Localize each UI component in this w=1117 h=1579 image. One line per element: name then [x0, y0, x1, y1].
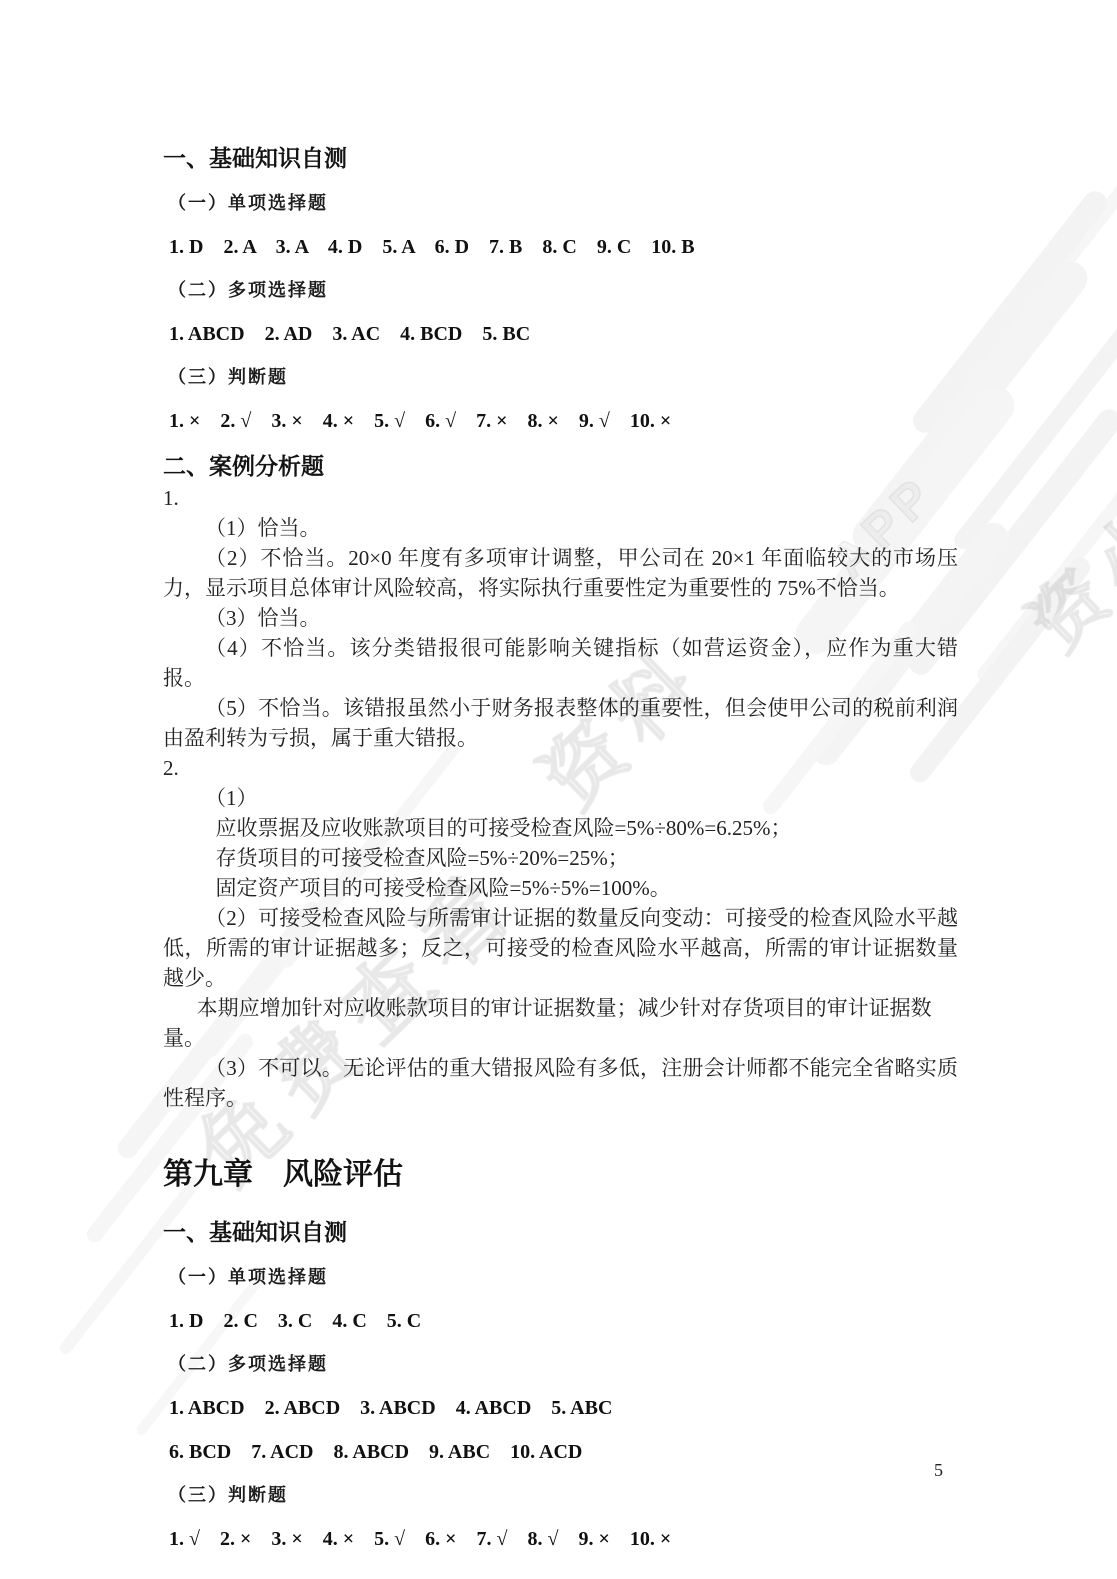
case2-item2: （2）可接受检查风险与所需审计证据的数量反向变动：可接受的检查风险水平越低，所需…	[163, 903, 958, 993]
case2-formula: 存货项目的可接受检查风险=5%÷20%=25%；	[163, 843, 958, 873]
answer-row-judgement: 1. × 2. √ 3. × 4. × 5. √ 6. √ 7. × 8. × …	[163, 407, 958, 435]
case2-item2-note: 本期应增加针对应收账款项目的审计证据数量；减少针对存货项目的审计证据数量。	[163, 993, 958, 1053]
section-heading-basic-selftest: 一、基础知识自测	[163, 143, 958, 173]
answer-row-multi-choice: 1. ABCD 2. AD 3. AC 4. BCD 5. BC	[163, 320, 958, 348]
answer-row-single-choice: 1. D 2. A 3. A 4. D 5. A 6. D 7. B 8. C …	[163, 233, 958, 261]
case2-item1-label: （1）	[163, 783, 958, 813]
ch9-subsection-label-judgement: （三）判断题	[163, 1482, 958, 1508]
case1-number: 1.	[163, 483, 958, 513]
case2-number: 2.	[163, 753, 958, 783]
section-heading-case-analysis: 二、案例分析题	[163, 451, 958, 481]
ch9-answer-row-multi-choice-1: 1. ABCD 2. ABCD 3. ABCD 4. ABCD 5. ABC	[163, 1394, 958, 1422]
case2-item3: （3）不可以。无论评估的重大错报风险有多低，注册会计师都不能完全省略实质性程序。	[163, 1053, 958, 1113]
case2-formula: 应收票据及应收账款项目的可接受检查风险=5%÷80%=6.25%；	[163, 813, 958, 843]
case1-item: （4）不恰当。该分类错报很可能影响关键指标（如营运资金），应作为重大错报。	[163, 633, 958, 693]
subsection-label-multi-choice: （二）多项选择题	[163, 277, 958, 303]
chapter-heading-risk-assessment: 第九章 风险评估	[163, 1155, 958, 1195]
case1-item: （3）恰当。	[163, 603, 958, 633]
ch9-answer-row-multi-choice-2: 6. BCD 7. ACD 8. ABCD 9. ABC 10. ACD	[163, 1438, 958, 1466]
case2-formula: 固定资产项目的可接受检查风险=5%÷5%=100%。	[163, 873, 958, 903]
case-analysis-body: 1. （1）恰当。 （2）不恰当。20×0 年度有多项审计调整，甲公司在 20×…	[163, 483, 958, 1113]
subsection-label-judgement: （三）判断题	[163, 364, 958, 390]
ch9-subsection-label-multi-choice: （二）多项选择题	[163, 1351, 958, 1377]
case1-item: （1）恰当。	[163, 513, 958, 543]
ch9-answer-row-single-choice: 1. D 2. C 3. C 4. C 5. C	[163, 1307, 958, 1335]
document-page: 免费查看 资料 资小 APP 一、基础知识自测 （一）单项选择题 1. D 2.…	[0, 0, 1117, 1579]
page-content: 一、基础知识自测 （一）单项选择题 1. D 2. A 3. A 4. D 5.…	[0, 0, 1108, 1553]
case1-item: （5）不恰当。该错报虽然小于财务报表整体的重要性，但会使甲公司的税前利润由盈利转…	[163, 693, 958, 753]
ch9-section-heading-basic-selftest: 一、基础知识自测	[163, 1217, 958, 1247]
subsection-label-single-choice: （一）单项选择题	[163, 190, 958, 216]
case1-item: （2）不恰当。20×0 年度有多项审计调整，甲公司在 20×1 年面临较大的市场…	[163, 543, 958, 603]
page-number: 5	[934, 1460, 943, 1481]
ch9-answer-row-judgement: 1. √ 2. × 3. × 4. × 5. √ 6. × 7. √ 8. √ …	[163, 1525, 958, 1553]
ch9-subsection-label-single-choice: （一）单项选择题	[163, 1264, 958, 1290]
